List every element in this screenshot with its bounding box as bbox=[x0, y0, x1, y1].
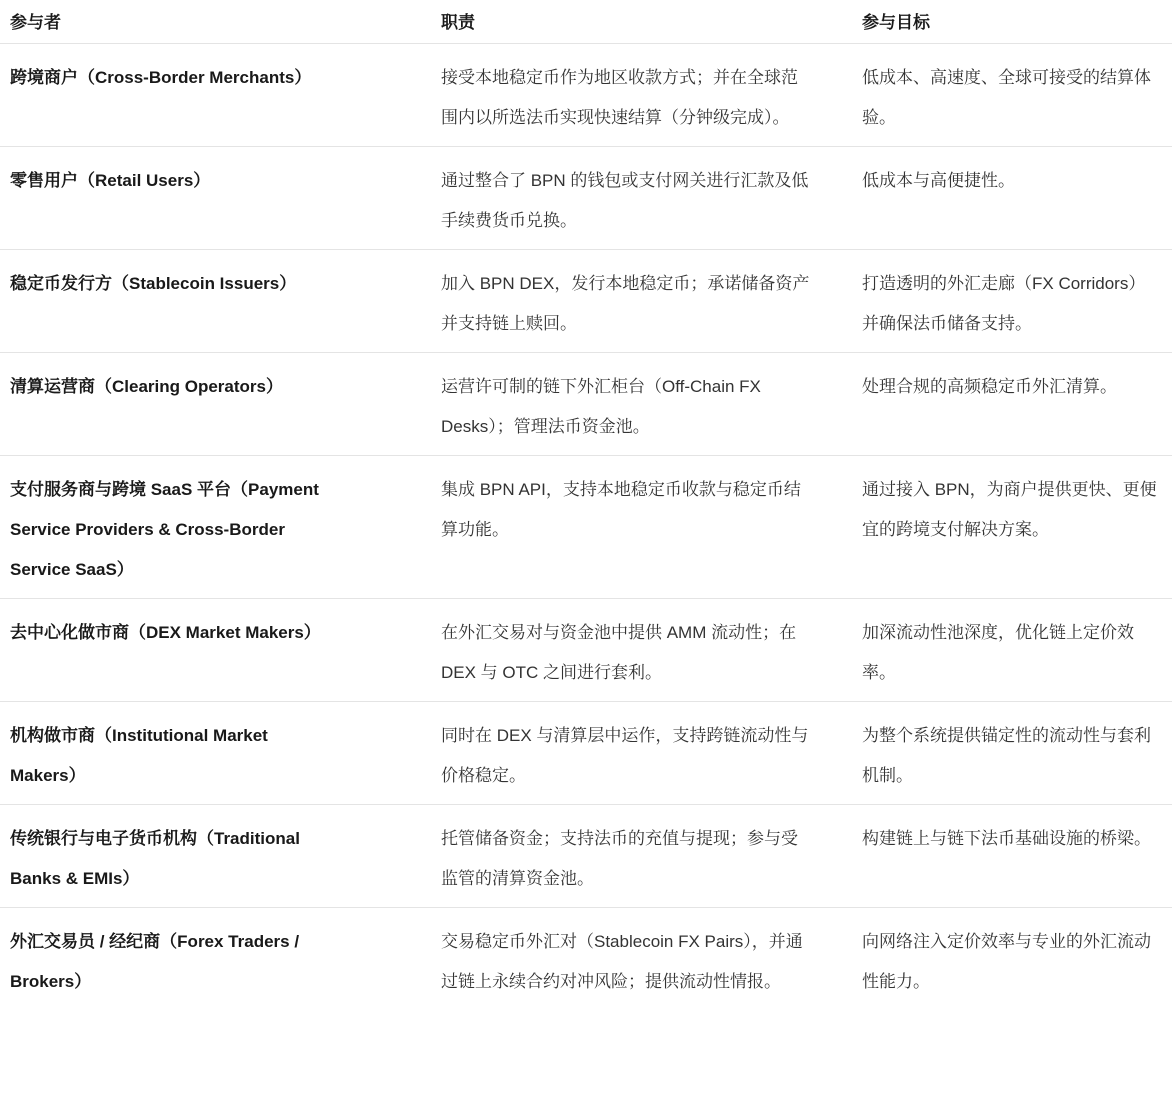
table-body: 跨境商户（Cross-Border Merchants） 接受本地稳定币作为地区… bbox=[0, 44, 1172, 1010]
column-header-goal: 参与目标 bbox=[862, 9, 1172, 36]
goal-cell: 处理合规的高频稳定币外汇清算。 bbox=[862, 353, 1172, 455]
goal-cell: 向网络注入定价效率与专业的外汇流动性能力。 bbox=[862, 908, 1172, 1010]
responsibility-cell: 托管储备资金；支持法币的充值与提现；参与受监管的清算资金池。 bbox=[441, 805, 862, 907]
goal-cell: 构建链上与链下法币基础设施的桥梁。 bbox=[862, 805, 1172, 907]
participant-cell: 跨境商户（Cross-Border Merchants） bbox=[10, 44, 441, 146]
goal-cell: 低成本、高速度、全球可接受的结算体验。 bbox=[862, 44, 1172, 146]
goal-cell: 加深流动性池深度，优化链上定价效率。 bbox=[862, 599, 1172, 701]
participant-cell: 零售用户（Retail Users） bbox=[10, 147, 441, 249]
responsibility-cell: 在外汇交易对与资金池中提供 AMM 流动性；在 DEX 与 OTC 之间进行套利… bbox=[441, 599, 862, 701]
responsibility-cell: 通过整合了 BPN 的钱包或支付网关进行汇款及低手续费货币兑换。 bbox=[441, 147, 862, 249]
participant-cell: 清算运营商（Clearing Operators） bbox=[10, 353, 441, 455]
table-row: 跨境商户（Cross-Border Merchants） 接受本地稳定币作为地区… bbox=[0, 44, 1172, 147]
responsibility-cell: 加入 BPN DEX，发行本地稳定币；承诺储备资产并支持链上赎回。 bbox=[441, 250, 862, 352]
table-row: 传统银行与电子货币机构（Traditional Banks & EMIs） 托管… bbox=[0, 805, 1172, 908]
participant-cell: 机构做市商（Institutional Market Makers） bbox=[10, 702, 441, 804]
participants-table: 参与者 职责 参与目标 跨境商户（Cross-Border Merchants）… bbox=[0, 0, 1172, 1010]
responsibility-cell: 集成 BPN API，支持本地稳定币收款与稳定币结算功能。 bbox=[441, 456, 862, 598]
responsibility-cell: 同时在 DEX 与清算层中运作，支持跨链流动性与价格稳定。 bbox=[441, 702, 862, 804]
goal-cell: 打造透明的外汇走廊（FX Corridors）并确保法币储备支持。 bbox=[862, 250, 1172, 352]
table-row: 机构做市商（Institutional Market Makers） 同时在 D… bbox=[0, 702, 1172, 805]
table-row: 支付服务商与跨境 SaaS 平台（Payment Service Provide… bbox=[0, 456, 1172, 599]
participant-cell: 支付服务商与跨境 SaaS 平台（Payment Service Provide… bbox=[10, 456, 441, 598]
responsibility-cell: 接受本地稳定币作为地区收款方式；并在全球范围内以所选法币实现快速结算（分钟级完成… bbox=[441, 44, 862, 146]
table-row: 零售用户（Retail Users） 通过整合了 BPN 的钱包或支付网关进行汇… bbox=[0, 147, 1172, 250]
goal-cell: 为整个系统提供锚定性的流动性与套利机制。 bbox=[862, 702, 1172, 804]
goal-cell: 通过接入 BPN，为商户提供更快、更便宜的跨境支付解决方案。 bbox=[862, 456, 1172, 598]
column-header-responsibility: 职责 bbox=[441, 9, 862, 36]
table-row: 外汇交易员 / 经纪商（Forex Traders / Brokers） 交易稳… bbox=[0, 908, 1172, 1010]
table-row: 清算运营商（Clearing Operators） 运营许可制的链下外汇柜台（O… bbox=[0, 353, 1172, 456]
participant-cell: 传统银行与电子货币机构（Traditional Banks & EMIs） bbox=[10, 805, 441, 907]
table-row: 稳定币发行方（Stablecoin Issuers） 加入 BPN DEX，发行… bbox=[0, 250, 1172, 353]
responsibility-cell: 运营许可制的链下外汇柜台（Off-Chain FX Desks）；管理法币资金池… bbox=[441, 353, 862, 455]
participant-cell: 稳定币发行方（Stablecoin Issuers） bbox=[10, 250, 441, 352]
column-header-participant: 参与者 bbox=[10, 9, 441, 36]
goal-cell: 低成本与高便捷性。 bbox=[862, 147, 1172, 249]
participant-cell: 外汇交易员 / 经纪商（Forex Traders / Brokers） bbox=[10, 908, 441, 1010]
participant-cell: 去中心化做市商（DEX Market Makers） bbox=[10, 599, 441, 701]
table-row: 去中心化做市商（DEX Market Makers） 在外汇交易对与资金池中提供… bbox=[0, 599, 1172, 702]
responsibility-cell: 交易稳定币外汇对（Stablecoin FX Pairs），并通过链上永续合约对… bbox=[441, 908, 862, 1010]
table-header-row: 参与者 职责 参与目标 bbox=[0, 0, 1172, 44]
